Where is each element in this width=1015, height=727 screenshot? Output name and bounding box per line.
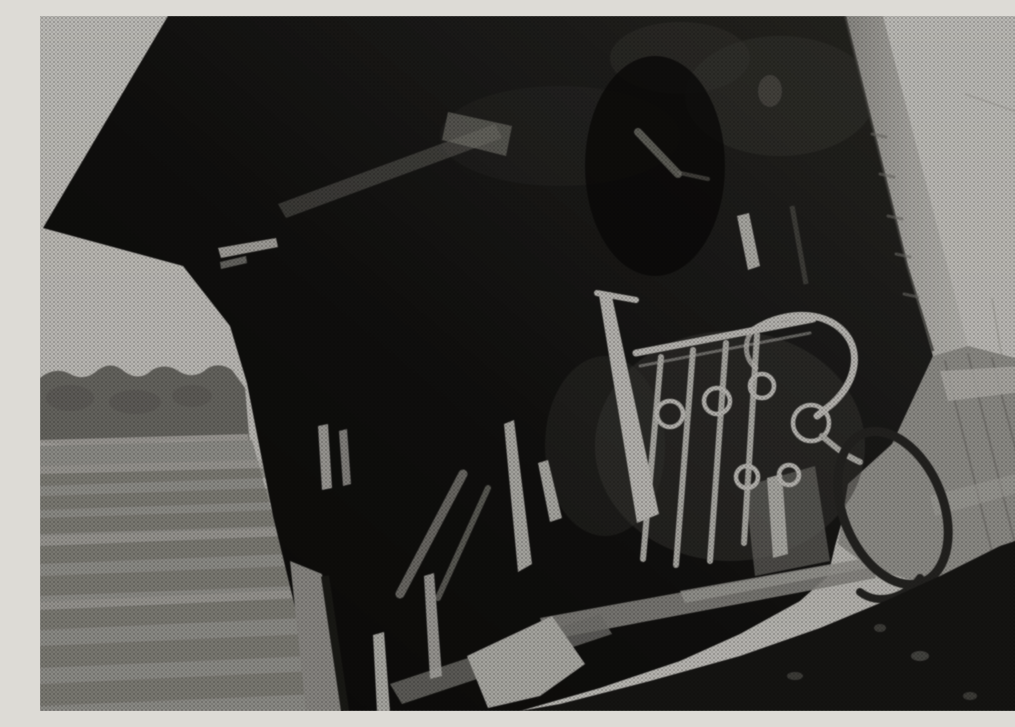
photo-svg <box>40 16 1015 711</box>
newspaper-photo <box>40 16 1015 711</box>
grain-overlay <box>40 16 1015 711</box>
